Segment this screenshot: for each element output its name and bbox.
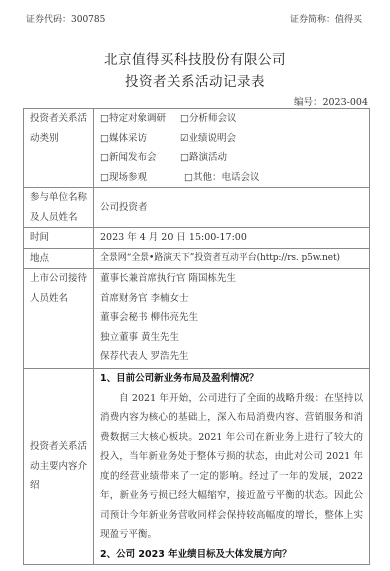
row-time: 时间 2023 年 4 月 20 日 15:00-17:00 [24,228,370,249]
record-table: 投资者关系活 动类别 □特定对象调研 □分析师会议 □媒体采访 ☑业绩说明会 □… [23,108,370,565]
label-activity-category: 投资者关系活 动类别 [24,109,94,188]
company-title: 北京值得买科技股份有限公司 [0,48,390,68]
receivers-list: 董事长兼首席执行官 隋国栋先生 首席财务官 李楠女士 董事会秘书 柳伟亮先生 独… [94,269,370,369]
label-participants: 参与单位名称 及人员姓名 [24,188,94,228]
label-line: 及人员姓名 [30,208,87,228]
label-line: 绍 [30,476,87,496]
checkbox-other-phone-meeting[interactable]: □其他：电话会议 [180,168,259,188]
serial-number: 编号：2023-004 [294,94,368,108]
receiver-item: 董事会秘书 柳伟亮先生 [100,308,363,328]
category-options: □特定对象调研 □分析师会议 □媒体采访 ☑业绩说明会 □新闻发布会 □路演活动… [94,109,370,188]
label-line: 投资者关系活 [30,437,87,457]
participants-value: 公司投资者 [94,188,370,228]
label-place: 地点 [24,248,94,269]
document-title: 投资者关系活动记录表 [0,70,390,90]
checkbox-earnings-call[interactable]: ☑业绩说明会 [180,129,236,149]
label-line: 动类别 [30,129,87,149]
row-participants: 参与单位名称 及人员姓名 公司投资者 [24,188,370,228]
receiver-item: 董事长兼首席执行官 隋国栋先生 [100,269,363,289]
answer-1: 自 2021 年开始，公司进行了全面的战略升级：在坚持以消费内容为核心的基础上，… [100,389,363,545]
label-line: 人员姓名 [30,289,87,309]
label-line: 参与单位名称 [30,188,87,208]
place-value: 全景网“全景•路演天下”投资者互动平台(http://rs. p5w.net) [94,248,370,269]
time-value: 2023 年 4 月 20 日 15:00-17:00 [94,228,370,249]
label-time: 时间 [24,228,94,249]
checkbox-analyst-meeting[interactable]: □分析师会议 [180,109,236,129]
receiver-item: 保荐代表人 罗浩先生 [100,347,363,367]
checkbox-site-visit[interactable]: □现场参观 [100,168,177,188]
question-1: 1、目前公司新业务布局及盈利情况？ [100,369,363,389]
stock-code: 证券代码：300785 [26,12,105,25]
label-receivers: 上市公司接待 人员姓名 [24,269,94,369]
row-receivers: 上市公司接待 人员姓名 董事长兼首席执行官 隋国栋先生 首席财务官 李楠女士 董… [24,269,370,369]
receiver-item: 独立董事 黄生先生 [100,328,363,348]
stock-name: 证券简称：值得买 [290,12,362,25]
label-content: 投资者关系活 动主要内容介 绍 [24,369,94,565]
label-line: 投资者关系活 [30,109,87,129]
row-content: 投资者关系活 动主要内容介 绍 1、目前公司新业务布局及盈利情况？ 自 2021… [24,369,370,565]
checkbox-media-interview[interactable]: □媒体采访 [100,129,177,149]
row-place: 地点 全景网“全景•路演天下”投资者互动平台(http://rs. p5w.ne… [24,248,370,269]
checkbox-specific-research[interactable]: □特定对象调研 [100,109,177,129]
row-activity-category: 投资者关系活 动类别 □特定对象调研 □分析师会议 □媒体采访 ☑业绩说明会 □… [24,109,370,188]
content-body: 1、目前公司新业务布局及盈利情况？ 自 2021 年开始，公司进行了全面的战略升… [94,369,370,565]
checkbox-roadshow[interactable]: □路演活动 [180,148,227,168]
checkbox-press-conference[interactable]: □新闻发布会 [100,148,177,168]
label-line: 上市公司接待 [30,269,87,289]
label-line: 动主要内容介 [30,457,87,477]
question-2: 2、公司 2023 年业绩目标及大体发展方向？ [100,545,363,565]
receiver-item: 首席财务官 李楠女士 [100,289,363,309]
